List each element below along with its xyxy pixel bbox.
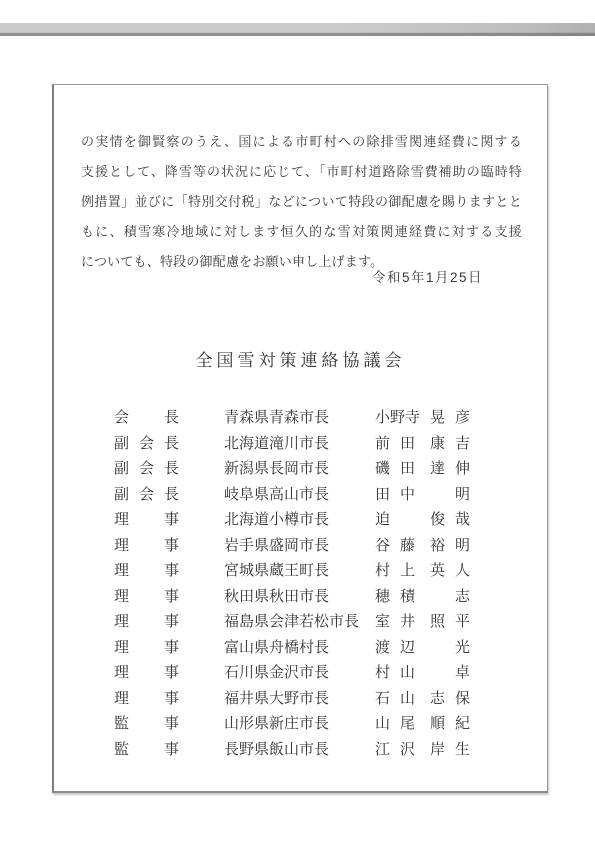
officer-role: 副会長 <box>114 482 179 508</box>
officer-name: 室井 照平 <box>375 609 470 635</box>
officer-position: 岐阜県高山市長 <box>224 482 375 508</box>
officer-surname: 小野寺 <box>375 405 415 431</box>
officer-surname: 田中 <box>375 482 415 508</box>
officer-givenname: 晃彦 <box>430 405 470 431</box>
scanner-gray-bar <box>0 23 595 36</box>
officer-role: 監事 <box>114 711 179 737</box>
officer-row: 理事 秋田県秋田市長 穂積 志 <box>114 584 470 610</box>
officer-surname: 石山 <box>375 686 415 712</box>
screenshot-root: { "document": { "body_lines": [ "の実情を御賢察… <box>0 0 595 841</box>
officer-position: 宮城県蔵王町長 <box>224 558 375 584</box>
date-line: 令和5年1月25日 <box>372 269 483 287</box>
officer-row: 会長 青森県青森市長 小野寺 晃彦 <box>114 405 470 431</box>
officer-role: 理事 <box>114 660 179 686</box>
officer-name: 石山 志保 <box>375 686 470 712</box>
officer-row: 副会長 岐阜県高山市長 田中 明 <box>114 482 470 508</box>
officer-position: 新潟県長岡市長 <box>224 456 375 482</box>
officer-row: 理事 石川県金沢市長 村山 卓 <box>114 660 470 686</box>
officer-givenname: 志保 <box>430 686 470 712</box>
body-paragraph: の実情を御賢察のうえ、国による市町村への除排雪関連経費に関する 支援として、降雪… <box>81 127 522 277</box>
officer-role: 理事 <box>114 609 179 635</box>
officer-givenname: 志 <box>430 584 470 610</box>
officer-name: 穂積 志 <box>375 584 470 610</box>
officer-surname: 渡辺 <box>375 635 415 661</box>
officer-surname: 穂積 <box>375 584 415 610</box>
officer-givenname: 光 <box>430 635 470 661</box>
officer-givenname: 俊哉 <box>430 507 470 533</box>
officer-surname: 村上 <box>375 558 415 584</box>
body-line: の実情を御賢察のうえ、国による市町村への除排雪関連経費に関する <box>81 127 522 157</box>
officer-surname: 室井 <box>375 609 415 635</box>
officer-givenname: 卓 <box>430 660 470 686</box>
officer-givenname: 明 <box>430 482 470 508</box>
organization-title: 全国雪対策連絡協議会 <box>54 350 547 372</box>
officer-row: 監事 山形県新庄市長 山尾 順紀 <box>114 711 470 737</box>
officer-row: 理事 宮城県蔵王町長 村上 英人 <box>114 558 470 584</box>
officer-role: 監事 <box>114 737 179 763</box>
officer-role: 副会長 <box>114 456 179 482</box>
officer-row: 理事 福井県大野市長 石山 志保 <box>114 686 470 712</box>
officer-row: 副会長 北海道滝川市長 前田 康吉 <box>114 431 470 457</box>
body-line: 支援として、降雪等の状況に応じて、「市町村道路除雪費補助の臨時特 <box>81 157 522 187</box>
officer-surname: 村山 <box>375 660 415 686</box>
officer-role: 理事 <box>114 584 179 610</box>
document-page: の実情を御賢察のうえ、国による市町村への除排雪関連経費に関する 支援として、降雪… <box>52 84 548 793</box>
officer-role: 理事 <box>114 507 179 533</box>
officer-givenname: 照平 <box>430 609 470 635</box>
officer-role: 会長 <box>114 405 179 431</box>
officer-position: 山形県新庄市長 <box>224 711 375 737</box>
officer-row: 理事 富山県舟橋村長 渡辺 光 <box>114 635 470 661</box>
officer-surname: 山尾 <box>375 711 415 737</box>
officer-role: 副会長 <box>114 431 179 457</box>
body-line: 例措置」並びに「特別交付税」などについて特段の御配慮を賜りますとと <box>81 187 522 217</box>
officer-givenname: 英人 <box>430 558 470 584</box>
officer-surname: 谷藤 <box>375 533 415 559</box>
officer-row: 理事 岩手県盛岡市長 谷藤 裕明 <box>114 533 470 559</box>
officer-role: 理事 <box>114 533 179 559</box>
officer-role: 理事 <box>114 686 179 712</box>
officer-name: 村山 卓 <box>375 660 470 686</box>
officer-row: 理事 福島県会津若松市長 室井 照平 <box>114 609 470 635</box>
officer-name: 渡辺 光 <box>375 635 470 661</box>
body-line: もに、積雪寒冷地域に対します恒久的な雪対策関連経費に対する支援 <box>81 217 522 247</box>
officer-surname: 磯田 <box>375 456 415 482</box>
officer-name: 谷藤 裕明 <box>375 533 470 559</box>
officer-role: 理事 <box>114 558 179 584</box>
officer-name: 前田 康吉 <box>375 431 470 457</box>
officer-name: 迫 俊哉 <box>375 507 470 533</box>
officers-list: 会長 青森県青森市長 小野寺 晃彦 副会長 北海道滝川市長 前田 康吉 副会長 … <box>114 405 470 762</box>
officer-position: 長野県飯山市長 <box>224 737 375 763</box>
officer-name: 小野寺 晃彦 <box>375 405 470 431</box>
officer-name: 磯田 達伸 <box>375 456 470 482</box>
officer-givenname: 岸生 <box>430 737 470 763</box>
officer-surname: 前田 <box>375 431 415 457</box>
officer-row: 副会長 新潟県長岡市長 磯田 達伸 <box>114 456 470 482</box>
officer-position: 石川県金沢市長 <box>224 660 375 686</box>
officer-surname: 江沢 <box>375 737 415 763</box>
officer-role: 理事 <box>114 635 179 661</box>
officer-row: 理事 北海道小樽市長 迫 俊哉 <box>114 507 470 533</box>
officer-name: 山尾 順紀 <box>375 711 470 737</box>
officer-givenname: 順紀 <box>430 711 470 737</box>
officer-position: 福島県会津若松市長 <box>224 609 375 635</box>
officer-position: 福井県大野市長 <box>224 686 375 712</box>
officer-givenname: 裕明 <box>430 533 470 559</box>
officer-givenname: 達伸 <box>430 456 470 482</box>
officer-row: 監事 長野県飯山市長 江沢 岸生 <box>114 737 470 763</box>
officer-position: 青森県青森市長 <box>224 405 375 431</box>
officer-surname: 迫 <box>375 507 415 533</box>
officer-position: 北海道滝川市長 <box>224 431 375 457</box>
officer-position: 北海道小樽市長 <box>224 507 375 533</box>
officer-position: 岩手県盛岡市長 <box>224 533 375 559</box>
officer-givenname: 康吉 <box>430 431 470 457</box>
officer-name: 田中 明 <box>375 482 470 508</box>
officer-name: 江沢 岸生 <box>375 737 470 763</box>
officer-position: 秋田県秋田市長 <box>224 584 375 610</box>
officer-name: 村上 英人 <box>375 558 470 584</box>
officer-position: 富山県舟橋村長 <box>224 635 375 661</box>
